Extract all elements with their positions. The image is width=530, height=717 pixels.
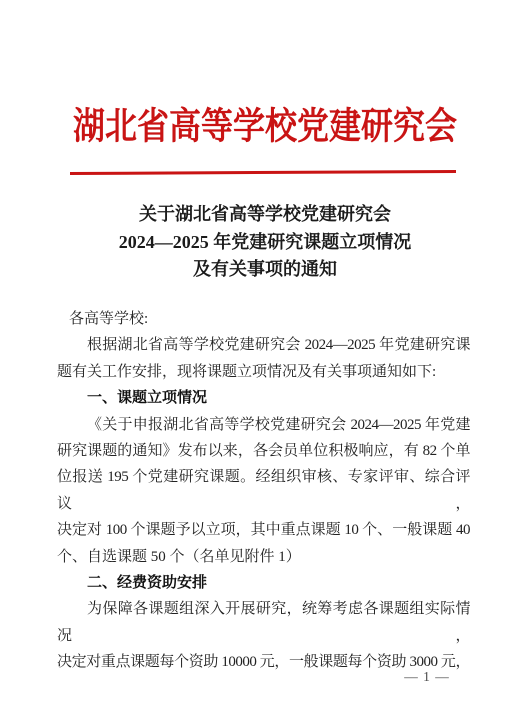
page-number: — 1 — (403, 669, 451, 685)
document-title-line: 2024—2025 年党建研究课题立项情况 (0, 229, 530, 257)
text-line: 位报送 195 个党建研究课题。经组织审核、专家评审、综合评议， (57, 464, 470, 517)
text-line: 为保障各课题组深入开展研究，统筹考虑各课题组实际情况， (57, 596, 470, 649)
text-line: 一、课题立项情况 (57, 385, 470, 411)
document-title: 关于湖北省高等学校党建研究会 2024—2025 年党建研究课题立项情况 及有关… (0, 201, 530, 284)
text-line: 根据湖北省高等学校党建研究会 2024—2025 年党建研究课 (57, 332, 470, 358)
text-line: 《关于申报湖北省高等学校党建研究会 2024—2025 年党建 (57, 412, 470, 438)
letterhead-title: 湖北省高等学校党建研究会 (0, 97, 530, 150)
body-paragraph: 《关于申报湖北省高等学校党建研究会 2024—2025 年党建研究课题的通知》发… (57, 412, 470, 570)
body-paragraph: 为保障各课题组深入开展研究，统筹考虑各课题组实际情况，决定对重点课题每个资助 1… (57, 596, 470, 675)
document-page: 湖北省高等学校党建研究会 关于湖北省高等学校党建研究会 2024—2025 年党… (0, 0, 530, 717)
text-line: 题有关工作安排，现将课题立项情况及有关事项通知如下: (57, 359, 470, 385)
text-line: 个、自选课题 50 个（名单见附件 1） (57, 544, 470, 570)
letterhead-rule (70, 170, 456, 175)
text-line: 研究课题的通知》发布以来，各会员单位积极响应，有 82 个单 (57, 438, 470, 464)
document-title-line: 及有关事项的通知 (0, 256, 530, 284)
salutation: 各高等学校: (69, 306, 470, 332)
section-heading: 二、经费资助安排 (57, 570, 470, 596)
text-line: 决定对 100 个课题予以立项，其中重点课题 10 个、一般课题 40 (57, 517, 470, 543)
text-line: 二、经费资助安排 (57, 570, 470, 596)
section-heading: 一、课题立项情况 (57, 385, 470, 411)
document-title-line: 关于湖北省高等学校党建研究会 (0, 201, 530, 229)
body-paragraph: 根据湖北省高等学校党建研究会 2024—2025 年党建研究课题有关工作安排，现… (57, 332, 470, 385)
document-body: 各高等学校: 根据湖北省高等学校党建研究会 2024—2025 年党建研究课题有… (57, 306, 470, 676)
